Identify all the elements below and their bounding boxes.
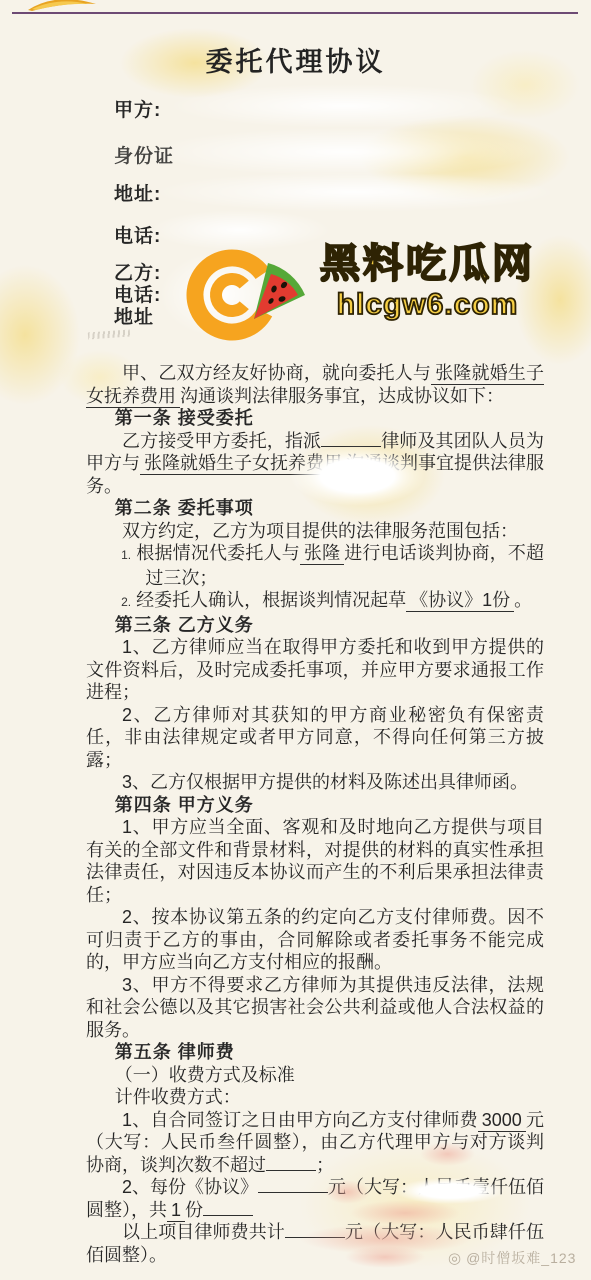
site-url: hlcgw6.com <box>320 288 535 322</box>
counterparty-name-underlined: 张隆 <box>300 543 344 565</box>
item-marker: 1. <box>121 548 131 562</box>
article-4-clause-2: 2、按本协议第五条的约定向乙方支付律师费。因不可归责于乙方的事由，合同解除或者委… <box>86 906 544 974</box>
article-4-heading: 第四条 甲方义务 <box>86 794 544 817</box>
fee1-text-tail: ； <box>316 1155 334 1175</box>
field-label-address-b: 地址 <box>114 302 154 329</box>
matter-underlined: 张隆就婚生子女抚养费用 <box>140 453 346 475</box>
fee1-text: 1、自合同签订之日由甲方向乙方支付律师费 <box>122 1110 478 1130</box>
service-item-1: 1.根据情况代委托人与张隆进行电话谈判协商，不超过三次； <box>86 542 544 589</box>
weibo-credit-icon: ◎ <box>448 1250 462 1267</box>
intro-text: 甲、乙双方经友好协商，就向委托人与 <box>122 363 431 383</box>
article-3-clause-2: 2、乙方律师对其获知的甲方商业秘密负有保密责任，非由法律规定或者甲方同意，不得向… <box>86 704 544 772</box>
site-logo-icon <box>186 243 308 347</box>
fee-amount-underlined: 3000 <box>478 1110 526 1132</box>
item-marker: 2. <box>121 595 131 609</box>
intro-text-tail: 沟通谈判法律服务事宜，达成协议如下： <box>180 386 504 406</box>
redacted-value-address <box>155 172 555 212</box>
redacted-lawyer-name-blank <box>321 432 381 447</box>
a1-text: 乙方接受甲方委托，指派 <box>122 431 321 451</box>
field-label-id: 身份证 <box>114 141 174 168</box>
article-4-clause-3: 3、甲方不得要求乙方律师为其提供违反法律，法规和社会公德以及其它损害社会公共利益… <box>86 974 544 1042</box>
item-text-tail: 。 <box>514 590 532 610</box>
agreement-count-underlined: 《协议》1份 <box>406 590 514 612</box>
photo-artifact <box>0 265 80 405</box>
article-1-body: 乙方接受甲方委托，指派律师及其团队人员为甲方与张隆就婚生子女抚养费用沟通谈判事宜… <box>86 430 544 498</box>
handwriting-remnant <box>88 330 130 340</box>
article-3-clause-1: 1、乙方律师应当在取得甲方委托和收到甲方提供的文件资料后，及时完成委托事项，并应… <box>86 636 544 704</box>
article-3-heading: 第三条 乙方义务 <box>86 614 544 637</box>
fee2-text-tail: 份 <box>185 1200 203 1220</box>
fee-type-line: 计件收费方式： <box>86 1086 544 1109</box>
photo-artifact <box>360 115 570 200</box>
copies-count-underlined: 1 <box>167 1200 185 1222</box>
article-1-heading: 第一条 接受委托 <box>86 407 544 430</box>
article-5-heading: 第五条 律师费 <box>86 1041 544 1064</box>
total-text: 以上项目律师费共计 <box>122 1222 285 1242</box>
field-label-phone: 电话: <box>114 221 161 248</box>
redacted-value-id <box>150 128 540 176</box>
redacted-value-party-a <box>170 84 520 128</box>
item-text: 根据情况代委托人与 <box>136 543 300 563</box>
field-label-address: 地址: <box>114 179 161 206</box>
negotiation-count-blank <box>266 1156 316 1171</box>
fee-clause-1: 1、自合同签订之日由甲方向乙方支付律师费3000元（大写：人民币叁仟圆整），由乙… <box>86 1109 544 1177</box>
item-text: 经委托人确认，根据谈判情况起草 <box>136 590 406 610</box>
scanned-agreement-photo: 委托代理协议 甲方: 身份证 地址: 电话: 乙方: 电话: 地址 黑料吃瓜网 … <box>0 0 591 1280</box>
credit-handle: @时僧坂难_123 <box>466 1250 576 1266</box>
fee-method-heading: （一）收费方式及标准 <box>86 1064 544 1087</box>
document-body: 甲、乙双方经友好协商，就向委托人与张隆就婚生子女抚养费用沟通谈判法律服务事宜，达… <box>86 362 544 1266</box>
article-2-heading: 第二条 委托事项 <box>86 497 544 520</box>
total-amount-blank <box>285 1223 345 1238</box>
fee2-trailing-blank <box>203 1201 253 1216</box>
fee-clause-2: 2、每份《协议》元（大写：人民币壹仟伍佰圆整），共1份 <box>86 1176 544 1221</box>
field-label-party-a: 甲方: <box>114 95 161 122</box>
article-2-intro: 双方约定，乙方为项目提供的法律服务范围包括： <box>86 520 544 543</box>
per-agreement-fee-blank <box>258 1178 328 1193</box>
intro-paragraph: 甲、乙双方经友好协商，就向委托人与张隆就婚生子女抚养费用沟通谈判法律服务事宜，达… <box>86 362 544 407</box>
photo-credit-watermark: ◎@时僧坂难_123 <box>448 1248 576 1268</box>
site-watermark: 黑料吃瓜网 hlcgw6.com <box>186 243 535 347</box>
article-4-clause-1: 1、甲方应当全面、客观和及时地向乙方提供与项目有关的全部文件和背景材料，对提供的… <box>86 816 544 906</box>
service-item-2: 2.经委托人确认，根据谈判情况起草《协议》1份。 <box>86 589 544 614</box>
letterhead-logo-remnant <box>26 0 106 12</box>
document-title: 委托代理协议 <box>0 40 591 79</box>
letterhead-divider <box>12 12 578 14</box>
fee2-text: 2、每份《协议》 <box>122 1177 258 1197</box>
site-name: 黑料吃瓜网 <box>320 243 535 285</box>
article-3-clause-3: 3、乙方仅根据甲方提供的材料及陈述出具律师函。 <box>86 771 544 794</box>
